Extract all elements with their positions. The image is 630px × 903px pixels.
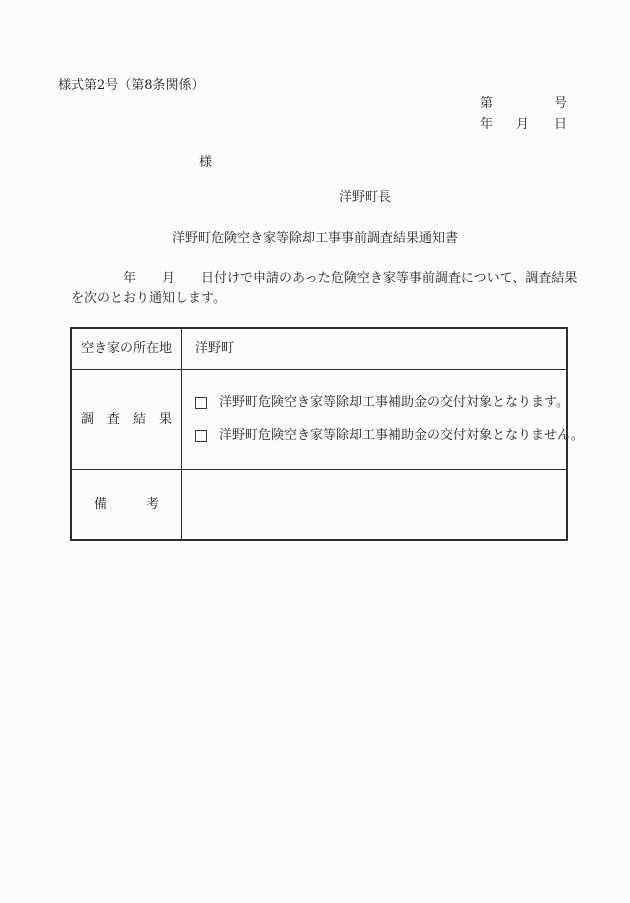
document-title: 洋野町危険空き家等除却工事事前調査結果通知書 (0, 230, 630, 248)
result-row-options: 洋野町危険空き家等除却工事補助金の交付対象となります。 洋野町危険空き家等除却工… (182, 370, 584, 469)
date-month-label: 月 (516, 116, 529, 134)
option-not-eligible: 洋野町危険空き家等除却工事補助金の交付対象となりません。 (195, 427, 584, 445)
result-row-label: 調 査 結 果 (72, 370, 182, 469)
body-paragraph-line1: 年 月 日付けで申請のあった危険空き家等事前調査について、調査結果 (71, 270, 577, 288)
location-row-label: 空き家の所在地 (72, 329, 182, 369)
checkbox-not-eligible-icon[interactable] (195, 430, 207, 442)
date-day-label: 日 (554, 116, 567, 134)
checkbox-eligible-icon[interactable] (195, 397, 207, 409)
remarks-row-value (182, 470, 566, 539)
remarks-row-label: 備 考 (72, 470, 182, 539)
table-row-location: 空き家の所在地 洋野町 (72, 329, 566, 369)
document-page: 様式第2号（第8条関係） 第 号 年 月 日 様 洋野町長 洋野町危険空き家等除… (0, 0, 630, 903)
option-eligible-label: 洋野町危険空き家等除却工事補助金の交付対象となります。 (219, 394, 569, 412)
result-table: 空き家の所在地 洋野町 調 査 結 果 洋野町危険空き家等除却工事補助金の交付対… (70, 327, 568, 541)
option-eligible: 洋野町危険空き家等除却工事補助金の交付対象となります。 (195, 394, 569, 412)
table-row-remarks: 備 考 (72, 469, 566, 539)
table-row-result: 調 査 結 果 洋野町危険空き家等除却工事補助金の交付対象となります。 洋野町危… (72, 369, 566, 469)
sender-name: 洋野町長 (339, 189, 391, 207)
doc-number-prefix-label: 第 (480, 95, 493, 113)
option-not-eligible-label: 洋野町危険空き家等除却工事補助金の交付対象となりません。 (219, 427, 584, 445)
location-row-value: 洋野町 (182, 329, 566, 369)
form-number: 様式第2号（第8条関係） (58, 77, 205, 95)
addressee-suffix-label: 様 (199, 154, 212, 172)
date-year-label: 年 (480, 116, 493, 134)
body-paragraph-line2: を次のとおり通知します。 (71, 290, 226, 308)
doc-number-suffix-label: 号 (554, 95, 567, 113)
